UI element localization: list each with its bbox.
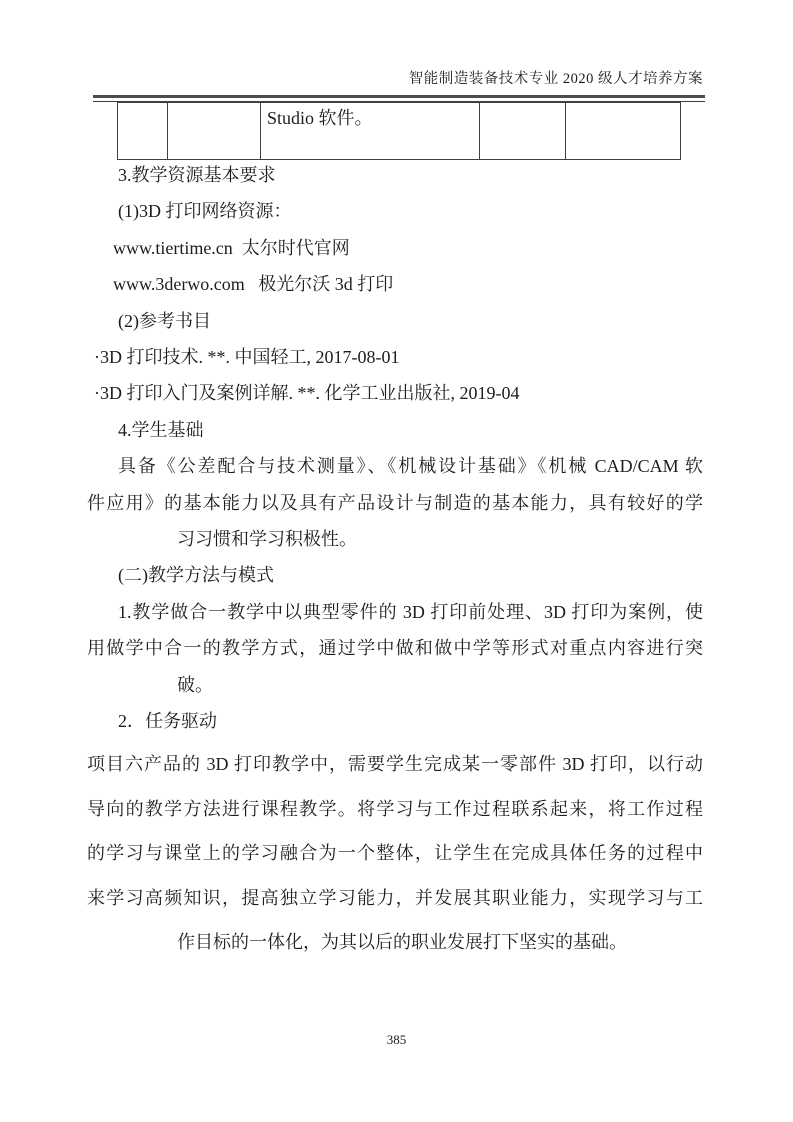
- paragraph-line: 的学习与课堂上的学习融合为一个整体，让学生在完成具体任务的过程中: [87, 831, 703, 876]
- body-section-main: 3.教学资源基本要求 (1)3D 打印网络资源： www.tiertime.cn…: [87, 157, 703, 740]
- page-number: 385: [0, 1032, 793, 1048]
- paragraph-line: 作目标的一体化，为其以后的职业发展打下坚实的基础。: [177, 932, 627, 952]
- header-rule-thick: [93, 95, 705, 98]
- resource-link-tiertime: www.tiertime.cn 太尔时代官网: [87, 230, 703, 266]
- paragraph-line: 导向的教学方法进行课程教学。将学习与工作过程联系起来，将工作过程: [87, 787, 703, 832]
- reference-book-item: ·3D 打印入门及案例详解. **. 化学工业出版社, 2019-04: [87, 375, 703, 411]
- paragraph-line: 1.教学做合一教学中以典型零件的 3D 打印前处理、3D 打印为案例，使: [87, 594, 703, 630]
- subheading-network-resources: (1)3D 打印网络资源：: [87, 193, 703, 229]
- paragraph-line: 习习惯和学习积极性。: [177, 529, 357, 549]
- paragraph-line: 破。: [177, 675, 213, 695]
- heading-student-foundation: 4.学生基础: [87, 412, 703, 448]
- paragraph-line: 件应用》的基本能力以及具有产品设计与制造的基本能力，具有较好的学: [87, 485, 703, 521]
- table-cell: [566, 103, 681, 160]
- table-cell: [168, 103, 261, 160]
- table-row: Studio 软件。: [118, 103, 681, 160]
- table-cell: [118, 103, 168, 160]
- reference-book-item: ·3D 打印技术. **. 中国轻工, 2017-08-01: [87, 339, 703, 375]
- paragraph-line: 来学习高频知识，提高独立学习能力，并发展其职业能力，实现学习与工: [87, 876, 703, 921]
- body-section-task-driven: 项目六产品的 3D 打印教学中，需要学生完成某一零部件 3D 打印，以行动 导向…: [87, 742, 703, 965]
- table-cell: [480, 103, 566, 160]
- heading-task-driven: 2．任务驱动: [87, 703, 703, 739]
- table-fragment: Studio 软件。: [117, 102, 681, 160]
- paragraph-line: 具备《公差配合与技术测量》、《机械设计基础》《机械 CAD/CAM 软: [87, 448, 703, 484]
- page-header: 智能制造装备技术专业 2020 级人才培养方案: [87, 67, 703, 88]
- paragraph-line: 项目六产品的 3D 打印教学中，需要学生完成某一零部件 3D 打印，以行动: [87, 742, 703, 787]
- subheading-reference-books: (2)参考书目: [87, 303, 703, 339]
- resource-link-3derwo: www.3derwo.com 极光尔沃 3d 打印: [87, 266, 703, 302]
- paragraph-line: 用做学中合一的教学方式，通过学中做和做中学等形式对重点内容进行突: [87, 630, 703, 666]
- table-cell-studio-software: Studio 软件。: [261, 103, 480, 160]
- heading-teaching-resources: 3.教学资源基本要求: [87, 157, 703, 193]
- document-page: 智能制造装备技术专业 2020 级人才培养方案 Studio 软件。 3.教学资…: [0, 0, 793, 1122]
- heading-teaching-methods: (二)教学方法与模式: [87, 557, 703, 593]
